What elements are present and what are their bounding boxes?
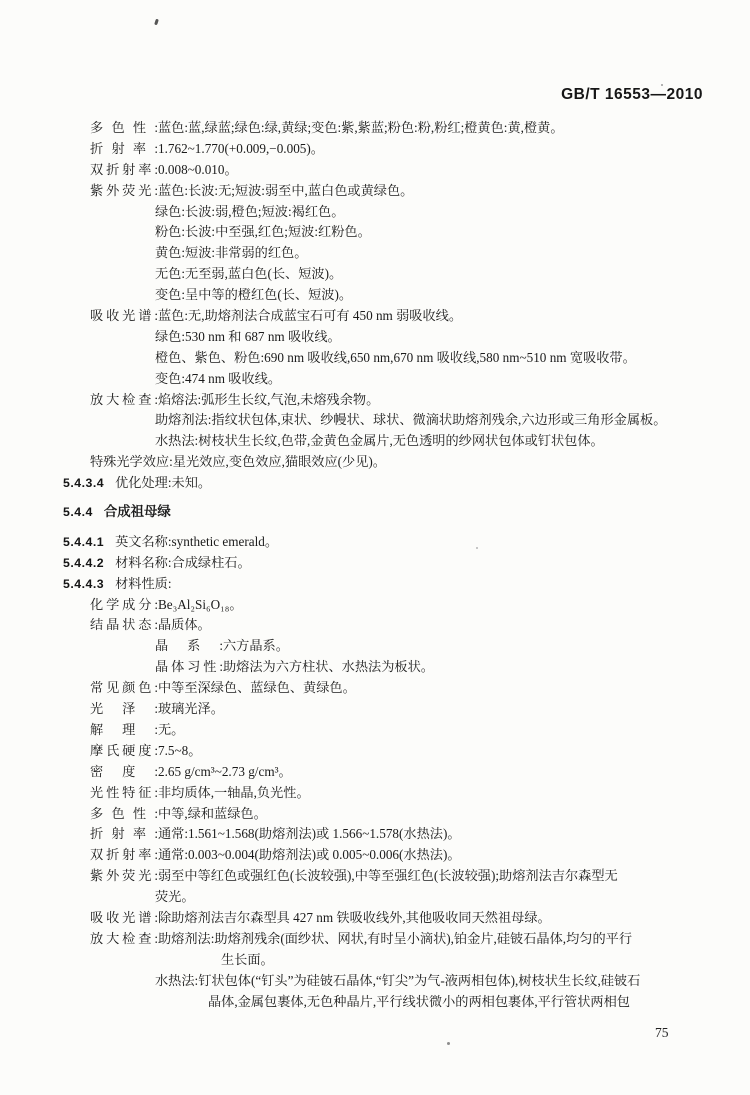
clause-number: 5.4.3.4 xyxy=(63,476,104,490)
property-label: 多色性: xyxy=(90,804,158,825)
clause-number: 5.4.4.3 xyxy=(63,577,104,591)
property-value: 1.762~1.770(+0.009,−0.005)。 xyxy=(158,141,324,156)
property-value: 荧光。 xyxy=(155,889,195,904)
sub-line: 荧光。 xyxy=(63,887,750,908)
property-value: 通常:1.561~1.568(助熔剂法)或 1.566~1.578(水热法)。 xyxy=(158,826,461,841)
heading-title: 合成祖母绿 xyxy=(104,504,171,519)
property-value: 蓝色:无,助熔剂法合成蓝宝石可有 450 nm 弱吸收线。 xyxy=(158,308,462,323)
property-line: 吸收光谱:除助熔剂法吉尔森型具 427 nm 铁吸收线外,其他吸收同天然祖母绿。 xyxy=(63,908,750,929)
property-value: 助熔剂法:指纹状包体,束状、纱幔状、球状、微滴状助熔剂残余,六边形或三角形金属板… xyxy=(155,412,666,427)
property-value: 水热法:树枝状生长纹,色带,金黄色金属片,无色透明的纱网状包体或钉状包体。 xyxy=(155,433,604,448)
property-value: 助熔法为六方柱状、水热法为板状。 xyxy=(223,659,434,674)
clause-text: 材料性质: xyxy=(115,576,171,591)
property-value: 生长面。 xyxy=(221,952,274,967)
clause-number: 5.4.4.1 xyxy=(63,535,104,549)
property-value: 中等至深绿色、蓝绿色、黄绿色。 xyxy=(158,680,356,695)
property-value: 绿色:530 nm 和 687 nm 吸收线。 xyxy=(155,329,341,344)
property-label: 折射率: xyxy=(90,139,158,160)
property-label: 摩氏硬度: xyxy=(90,741,158,762)
property-label: 紫外荧光: xyxy=(90,866,158,887)
sub-line: 水热法:树枝状生长纹,色带,金黄色金属片,无色透明的纱网状包体或钉状包体。 xyxy=(63,431,750,452)
property-label: 吸收光谱: xyxy=(90,306,158,327)
sub-line: 无色:无至弱,蓝白色(长、短波)。 xyxy=(63,264,750,285)
property-label: 特殊光学效应: xyxy=(90,452,173,473)
property-value: 助熔剂法:助熔剂残余(面纱状、网状,有时呈小滴状),铂金片,硅铍石晶体,均匀的平… xyxy=(158,931,632,946)
standard-number: GB/T 16553—2010 xyxy=(561,86,703,104)
sub-line: 橙色、紫色、粉色:690 nm 吸收线,650 nm,670 nm 吸收线,58… xyxy=(63,348,750,369)
sub-line: 绿色:长波:弱,橙色;短波:褐红色。 xyxy=(63,202,750,223)
property-value: 非均质体,一轴晶,负光性。 xyxy=(158,785,310,800)
property-value: 晶体,金属包裹体,无色种晶片,平行线状微小的两相包裹体,平行管状两相包 xyxy=(208,994,630,1009)
property-label: 化学成分: xyxy=(90,595,158,616)
property-value: 弱至中等红色或强红色(长波较强),中等至强红色(长波较强);助熔剂法吉尔森型无 xyxy=(158,868,618,883)
property-label: 光泽: xyxy=(90,699,158,720)
clause-line: 5.4.4.1英文名称:synthetic emerald。 xyxy=(63,532,750,553)
property-line: 紫外荧光:蓝色:长波:无;短波:弱至中,蓝白色或黄绿色。 xyxy=(63,181,750,202)
property-value: 蓝色:蓝,绿蓝;绿色:绿,黄绿;变色:紫,紫蓝;粉色:粉,粉红;橙黄色:黄,橙黄… xyxy=(158,120,564,135)
property-line: 紫外荧光:弱至中等红色或强红色(长波较强),中等至强红色(长波较强);助熔剂法吉… xyxy=(63,866,750,887)
sub-property-line: 晶系:六方晶系。 xyxy=(63,636,750,657)
property-label: 紫外荧光: xyxy=(90,181,158,202)
property-value: 绿色:长波:弱,橙色;短波:褐红色。 xyxy=(155,204,344,219)
property-line: 放大检查:焰熔法:弧形生长纹,气泡,未熔残余物。 xyxy=(63,390,750,411)
property-label: 密度: xyxy=(90,762,158,783)
document-content: 多色性:蓝色:蓝,绿蓝;绿色:绿,黄绿;变色:紫,紫蓝;粉色:粉,粉红;橙黄色:… xyxy=(63,118,750,1012)
clause-line: 5.4.4.3材料性质: xyxy=(63,574,750,595)
page-number: 75 xyxy=(655,1025,669,1041)
property-label: 吸收光谱: xyxy=(90,908,158,929)
sub-line: 助熔剂法:指纹状包体,束状、纱幔状、球状、微滴状助熔剂残余,六边形或三角形金属板… xyxy=(63,410,750,431)
property-value: 变色:呈中等的橙红色(长、短波)。 xyxy=(155,287,352,302)
clause-number: 5.4.4 xyxy=(63,505,93,519)
property-label: 光性特征: xyxy=(90,783,158,804)
scan-speck xyxy=(154,19,159,26)
property-line: 光泽:玻璃光泽。 xyxy=(63,699,750,720)
property-label: 常见颜色: xyxy=(90,678,158,699)
property-line: 光性特征:非均质体,一轴晶,负光性。 xyxy=(63,783,750,804)
section-heading: 5.4.4合成祖母绿 xyxy=(63,502,750,523)
property-label: 解理: xyxy=(90,720,158,741)
property-label: 放大检查: xyxy=(90,929,158,950)
property-value: 焰熔法:弧形生长纹,气泡,未熔残余物。 xyxy=(158,392,379,407)
property-value: 中等,绿和蓝绿色。 xyxy=(158,806,267,821)
property-value: Be₃Al₂Si₆O₁₈。 xyxy=(158,597,243,612)
property-line: 折射率:通常:1.561~1.568(助熔剂法)或 1.566~1.578(水热… xyxy=(63,824,750,845)
property-value: 7.5~8。 xyxy=(158,743,201,758)
property-line: 折射率:1.762~1.770(+0.009,−0.005)。 xyxy=(63,139,750,160)
sub-line: 粉色:长波:中至强,红色;短波:红粉色。 xyxy=(63,222,750,243)
property-value: 除助熔剂法吉尔森型具 427 nm 铁吸收线外,其他吸收同天然祖母绿。 xyxy=(158,910,551,925)
sub-line: 变色:474 nm 吸收线。 xyxy=(63,369,750,390)
property-value: 玻璃光泽。 xyxy=(158,701,224,716)
property-line: 常见颜色:中等至深绿色、蓝绿色、黄绿色。 xyxy=(63,678,750,699)
clause-line: 5.4.3.4优化处理:未知。 xyxy=(63,473,750,494)
clause-text: 材料名称:合成绿柱石。 xyxy=(115,555,251,570)
property-label: 晶系: xyxy=(155,636,223,657)
property-value: 变色:474 nm 吸收线。 xyxy=(155,371,281,386)
property-value: 蓝色:长波:无;短波:弱至中,蓝白色或黄绿色。 xyxy=(158,183,413,198)
sub-property-line: 晶体习性:助熔法为六方柱状、水热法为板状。 xyxy=(63,657,750,678)
property-line: 多色性:中等,绿和蓝绿色。 xyxy=(63,804,750,825)
property-label: 双折射率: xyxy=(90,845,158,866)
continuation-line: 晶体,金属包裹体,无色种晶片,平行线状微小的两相包裹体,平行管状两相包 xyxy=(63,992,750,1013)
property-value: 无。 xyxy=(158,722,184,737)
sub-line: 绿色:530 nm 和 687 nm 吸收线。 xyxy=(63,327,750,348)
property-value: 黄色:短波:非常弱的红色。 xyxy=(155,245,307,260)
property-line: 结晶状态:晶质体。 xyxy=(63,615,750,636)
property-line: 多色性:蓝色:蓝,绿蓝;绿色:绿,黄绿;变色:紫,紫蓝;粉色:粉,粉红;橙黄色:… xyxy=(63,118,750,139)
property-label: 多色性: xyxy=(90,118,158,139)
property-line: 特殊光学效应:星光效应,变色效应,猫眼效应(少见)。 xyxy=(63,452,750,473)
property-line: 化学成分:Be₃Al₂Si₆O₁₈。 xyxy=(63,595,750,616)
sub-line: 黄色:短波:非常弱的红色。 xyxy=(63,243,750,264)
property-line: 双折射率:0.008~0.010。 xyxy=(63,160,750,181)
property-line: 解理:无。 xyxy=(63,720,750,741)
property-value: 水热法:钉状包体(“钉头”为硅铍石晶体,“钉尖”为气-液两相包体),树枝状生长纹… xyxy=(155,973,640,988)
property-value: 橙色、紫色、粉色:690 nm 吸收线,650 nm,670 nm 吸收线,58… xyxy=(155,350,636,365)
clause-text: 优化处理:未知。 xyxy=(115,475,211,490)
property-line: 双折射率:通常:0.003~0.004(助熔剂法)或 0.005~0.006(水… xyxy=(63,845,750,866)
property-label: 双折射率: xyxy=(90,160,158,181)
property-value: 星光效应,变色效应,猫眼效应(少见)。 xyxy=(173,454,386,469)
clause-text: 英文名称:synthetic emerald。 xyxy=(115,534,278,549)
property-line: 摩氏硬度:7.5~8。 xyxy=(63,741,750,762)
property-label: 晶体习性: xyxy=(155,657,223,678)
property-line: 吸收光谱:蓝色:无,助熔剂法合成蓝宝石可有 450 nm 弱吸收线。 xyxy=(63,306,750,327)
property-value: 晶质体。 xyxy=(158,617,211,632)
property-line: 密度:2.65 g/cm³~2.73 g/cm³。 xyxy=(63,762,750,783)
sub-line: 变色:呈中等的橙红色(长、短波)。 xyxy=(63,285,750,306)
continuation-line: 生长面。 xyxy=(63,950,750,971)
property-value: 六方晶系。 xyxy=(223,638,289,653)
property-label: 结晶状态: xyxy=(90,615,158,636)
property-value: 粉色:长波:中至强,红色;短波:红粉色。 xyxy=(155,224,371,239)
property-value: 0.008~0.010。 xyxy=(158,162,238,177)
property-label: 放大检查: xyxy=(90,390,158,411)
sub-line: 水热法:钉状包体(“钉头”为硅铍石晶体,“钉尖”为气-液两相包体),树枝状生长纹… xyxy=(63,971,750,992)
clause-line: 5.4.4.2材料名称:合成绿柱石。 xyxy=(63,553,750,574)
property-value: 通常:0.003~0.004(助熔剂法)或 0.005~0.006(水热法)。 xyxy=(158,847,461,862)
clause-number: 5.4.4.2 xyxy=(63,556,104,570)
property-label: 折射率: xyxy=(90,824,158,845)
property-value: 2.65 g/cm³~2.73 g/cm³。 xyxy=(158,764,292,779)
scanned-document-page: GB/T 16553—2010 多色性:蓝色:蓝,绿蓝;绿色:绿,黄绿;变色:紫… xyxy=(0,0,750,1095)
scan-speck xyxy=(447,1042,450,1045)
property-value: 无色:无至弱,蓝白色(长、短波)。 xyxy=(155,266,342,281)
property-line: 放大检查:助熔剂法:助熔剂残余(面纱状、网状,有时呈小滴状),铂金片,硅铍石晶体… xyxy=(63,929,750,950)
